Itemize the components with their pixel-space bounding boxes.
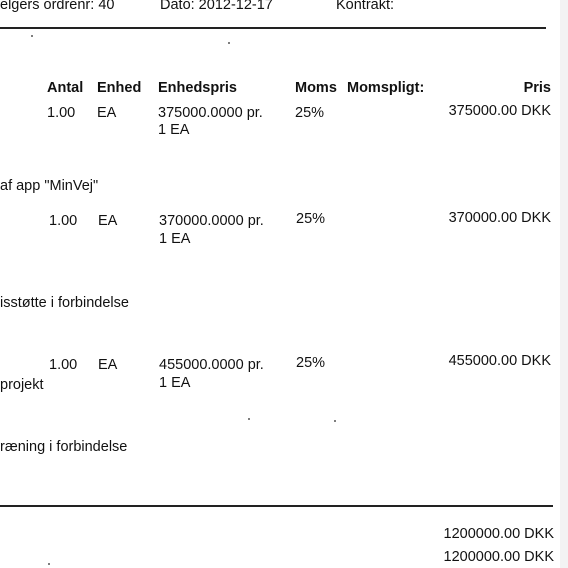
- row-qty: 1.00: [49, 213, 77, 230]
- row-unit-price: 375000.0000 pr.: [158, 105, 263, 122]
- col-header-vat-liable: Momspligt:: [347, 80, 424, 97]
- trailing-description: ræning i forbindelse: [0, 439, 127, 456]
- totals-divider: [0, 505, 553, 507]
- col-header-unit: Enhed: [97, 80, 141, 97]
- scan-speck: [334, 420, 336, 422]
- row-vat: 25%: [296, 355, 325, 372]
- row-unit-price-per: 1 EA: [159, 375, 190, 392]
- scan-speck: [248, 418, 250, 420]
- col-header-price: Pris: [450, 80, 551, 97]
- invoice-date: Dato: 2012-12-17: [160, 0, 273, 14]
- col-header-vat: Moms: [295, 80, 337, 97]
- contract-label: Kontrakt:: [336, 0, 394, 14]
- row-description-cont: projekt: [0, 377, 44, 394]
- row-unit-price: 370000.0000 pr.: [159, 213, 264, 230]
- row-unit-price: 455000.0000 pr.: [159, 357, 264, 374]
- scan-edge: [560, 0, 568, 568]
- seller-order-number: elgers ordrenr: 40: [0, 0, 114, 14]
- row-unit-price-per: 1 EA: [159, 231, 190, 248]
- row-vat: 25%: [296, 211, 325, 228]
- row-description: isstøtte i forbindelse: [0, 295, 129, 312]
- scan-speck: [48, 563, 50, 565]
- scan-speck: [31, 35, 33, 37]
- row-vat: 25%: [295, 105, 324, 122]
- row-qty: 1.00: [47, 105, 75, 122]
- row-description: af app "MinVej": [0, 178, 98, 195]
- col-header-qty: Antal: [47, 80, 83, 97]
- row-unit-price-per: 1 EA: [158, 122, 189, 139]
- row-qty: 1.00: [49, 357, 77, 374]
- row-price: 370000.00 DKK: [400, 210, 551, 227]
- col-header-unit-price: Enhedspris: [158, 80, 237, 97]
- header-divider: [0, 27, 546, 29]
- row-price: 375000.00 DKK: [400, 103, 551, 120]
- row-unit: EA: [98, 213, 117, 230]
- scan-speck: [228, 42, 230, 44]
- row-unit: EA: [97, 105, 116, 122]
- total-amount: 1200000.00 DKK: [380, 549, 554, 566]
- row-unit: EA: [98, 357, 117, 374]
- subtotal-amount: 1200000.00 DKK: [380, 526, 554, 543]
- row-price: 455000.00 DKK: [400, 353, 551, 370]
